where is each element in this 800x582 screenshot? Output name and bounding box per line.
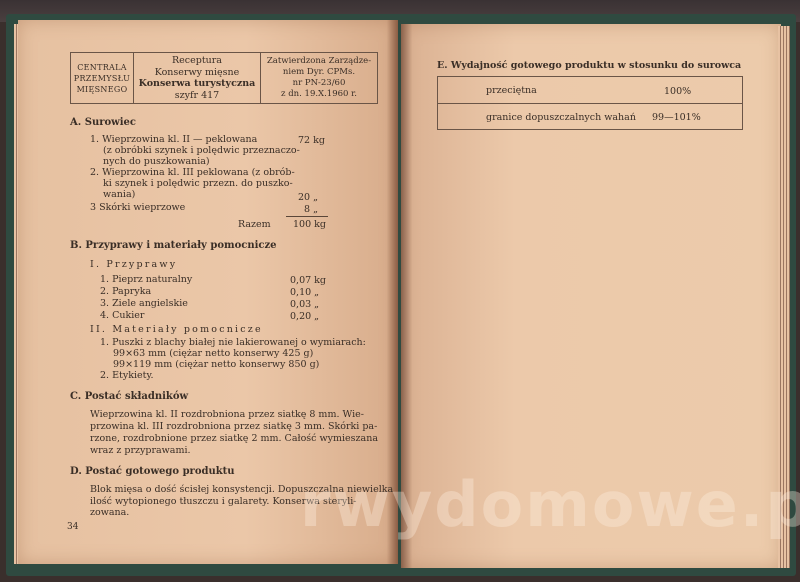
recipe-code: szyfr 417 bbox=[134, 90, 260, 102]
spice-qty: 0,20 „ bbox=[290, 311, 319, 322]
yield-value: 99—101% bbox=[652, 112, 701, 123]
spice-name: 1. Pieprz naturalny bbox=[100, 274, 192, 285]
header-approval: Zatwierdzona Zarządze- niem Dyr. CPMs. n… bbox=[261, 53, 377, 103]
yield-label: przeciętna bbox=[486, 85, 537, 96]
spice-name: 4. Cukier bbox=[100, 310, 144, 321]
section-c-line: wraz z przyprawami. bbox=[90, 445, 191, 456]
section-a-line: (z obróbki szynek i polędwic przeznaczo- bbox=[103, 145, 300, 156]
header-text: nr PN-23/60 bbox=[261, 78, 377, 89]
section-e-title: E. Wydajność gotowego produktu w stosunk… bbox=[437, 60, 741, 71]
section-a-title: A. Surowiec bbox=[70, 117, 136, 128]
spice-qty: 0,07 kg bbox=[290, 275, 326, 286]
header-text: Receptura bbox=[134, 55, 260, 67]
header-institution: CENTRALA PRZEMYSŁU MIĘSNEGO bbox=[71, 53, 134, 103]
yield-row: przeciętna 100% bbox=[438, 77, 742, 103]
spice-name: 3. Ziele angielskie bbox=[100, 298, 188, 309]
material-line: 99×119 mm (ciężar netto konserwy 850 g) bbox=[113, 359, 319, 370]
section-c-line: rzone, rozdrobnione przez siatkę 2 mm. C… bbox=[90, 433, 378, 444]
section-a-line: 2. Wieprzowina kl. III peklowana (z obró… bbox=[90, 167, 295, 178]
qty-value: 72 kg bbox=[298, 135, 325, 146]
section-c-title: C. Postać składników bbox=[70, 391, 188, 402]
recipe-header-table: CENTRALA PRZEMYSŁU MIĘSNEGO Receptura Ko… bbox=[70, 52, 378, 104]
header-text: MIĘSNEGO bbox=[71, 84, 133, 95]
section-d-title: D. Postać gotowego produktu bbox=[70, 466, 235, 477]
section-a-line: ki szynek i polędwic przezn. do puszko- bbox=[103, 178, 293, 189]
material-line: 99×63 mm (ciężar netto konserwy 425 g) bbox=[113, 348, 313, 359]
spice-name: 2. Papryka bbox=[100, 286, 151, 297]
material-line: 2. Etykiety. bbox=[100, 370, 154, 381]
header-text: z dn. 19.X.1960 r. bbox=[261, 89, 377, 100]
total-label: Razem bbox=[238, 219, 271, 230]
qty-value: 20 „ bbox=[298, 192, 318, 203]
header-text: Zatwierdzona Zarządze- bbox=[261, 56, 377, 67]
yield-row: granice dopuszczalnych wahań 99—101% bbox=[438, 103, 742, 130]
section-b-title: B. Przyprawy i materiały pomocnicze bbox=[70, 240, 277, 251]
watermark: rwydomowe.pl bbox=[300, 468, 800, 541]
header-text: niem Dyr. CPMs. bbox=[261, 67, 377, 78]
yield-table: przeciętna 100% granice dopuszczalnych w… bbox=[437, 76, 743, 130]
yield-value: 100% bbox=[664, 86, 691, 97]
section-c-line: Wieprzowina kl. II rozdrobniona przez si… bbox=[90, 409, 364, 420]
material-line: 1. Puszki z blachy białej nie lakierowan… bbox=[100, 337, 366, 348]
qty-value: 8 „ bbox=[304, 204, 318, 215]
section-d-line: zowana. bbox=[90, 507, 129, 518]
header-text: Konserwy mięsne bbox=[134, 67, 260, 79]
header-recipe: Receptura Konserwy mięsne Konserwa turys… bbox=[134, 53, 261, 103]
subsection-spices: I. Przyprawy bbox=[90, 259, 177, 270]
sum-rule bbox=[286, 216, 328, 217]
page-number: 34 bbox=[67, 522, 78, 532]
spice-qty: 0,03 „ bbox=[290, 299, 319, 310]
section-a-line: wania) bbox=[103, 189, 135, 200]
section-a-line: 1. Wieprzowina kl. II — peklowana bbox=[90, 134, 257, 145]
spice-qty: 0,10 „ bbox=[290, 287, 319, 298]
header-text: CENTRALA bbox=[71, 62, 133, 73]
section-a-line: 3 Skórki wieprzowe bbox=[90, 202, 185, 213]
header-text: PRZEMYSŁU bbox=[71, 73, 133, 84]
recipe-name: Konserwa turystyczna bbox=[134, 78, 260, 90]
yield-label: granice dopuszczalnych wahań bbox=[486, 112, 636, 123]
subsection-materials: II. Materiały pomocnicze bbox=[90, 324, 263, 335]
section-a-line: nych do puszkowania) bbox=[103, 156, 210, 167]
total-value: 100 kg bbox=[293, 219, 326, 230]
section-c-line: przowina kl. III rozdrobniona przez siat… bbox=[90, 421, 377, 432]
